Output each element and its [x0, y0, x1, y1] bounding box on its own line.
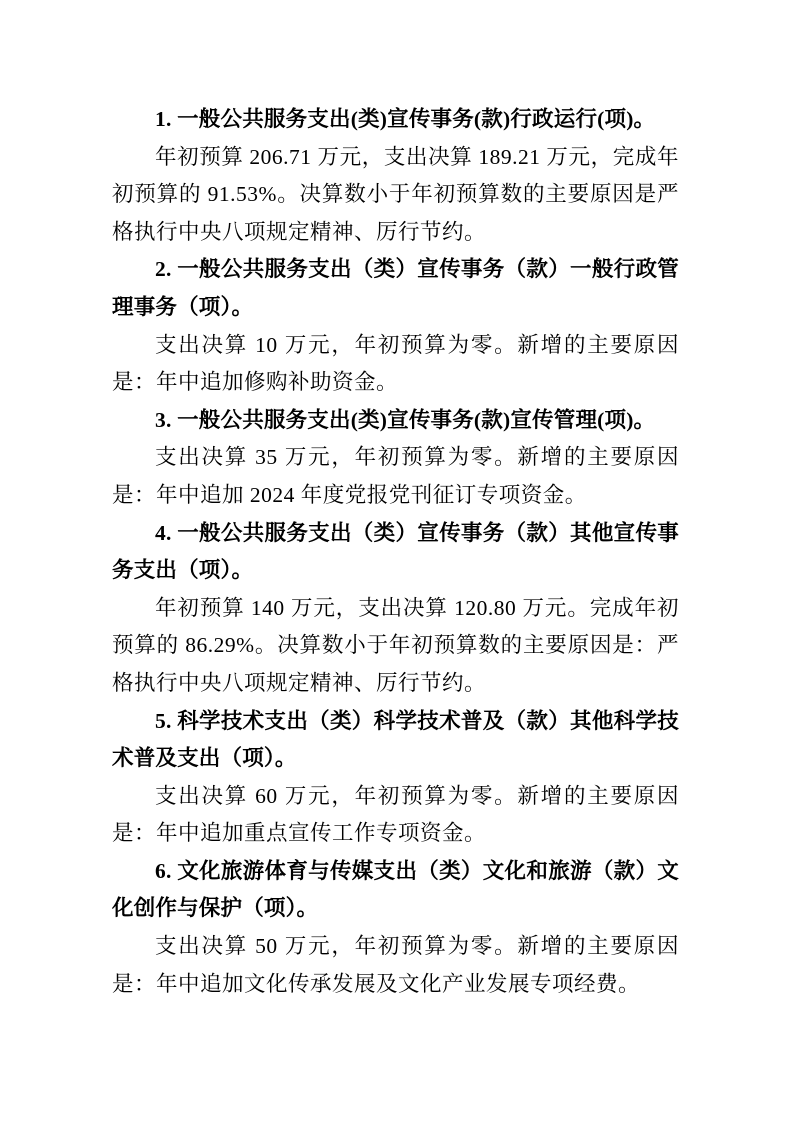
budget-item-section-4: 4. 一般公共服务支出（类）宣传事务（款）其他宣传事务支出（项）。 年初预算 1… [112, 515, 679, 703]
budget-item-section-3: 3. 一般公共服务支出(类)宣传事务(款)宣传管理(项)。 支出决算 35 万元… [112, 402, 679, 515]
section-1-paragraph: 年初预算 206.71 万元，支出决算 189.21 万元，完成年初预算的 91… [112, 139, 679, 252]
budget-item-section-2: 2. 一般公共服务支出（类）宣传事务（款）一般行政管理事务（项）。 支出决算 1… [112, 251, 679, 401]
budget-item-section-1: 1. 一般公共服务支出(类)宣传事务(款)行政运行(项)。 年初预算 206.7… [112, 101, 679, 251]
section-3-paragraph: 支出决算 35 万元，年初预算为零。新增的主要原因是：年中追加 2024 年度党… [112, 439, 679, 514]
section-2-heading: 2. 一般公共服务支出（类）宣传事务（款）一般行政管理事务（项）。 [112, 251, 679, 326]
section-1-heading: 1. 一般公共服务支出(类)宣传事务(款)行政运行(项)。 [112, 101, 679, 139]
section-3-heading: 3. 一般公共服务支出(类)宣传事务(款)宣传管理(项)。 [112, 402, 679, 440]
budget-item-section-5: 5. 科学技术支出（类）科学技术普及（款）其他科学技术普及支出（项）。 支出决算… [112, 703, 679, 853]
section-4-heading: 4. 一般公共服务支出（类）宣传事务（款）其他宣传事务支出（项）。 [112, 515, 679, 590]
section-6-paragraph: 支出决算 50 万元，年初预算为零。新增的主要原因是：年中追加文化传承发展及文化… [112, 928, 679, 1003]
document-page: 1. 一般公共服务支出(类)宣传事务(款)行政运行(项)。 年初预算 206.7… [0, 0, 793, 1122]
section-5-heading: 5. 科学技术支出（类）科学技术普及（款）其他科学技术普及支出（项）。 [112, 703, 679, 778]
budget-item-section-6: 6. 文化旅游体育与传媒支出（类）文化和旅游（款）文化创作与保护（项）。 支出决… [112, 853, 679, 1003]
section-4-paragraph: 年初预算 140 万元，支出决算 120.80 万元。完成年初预算的 86.29… [112, 590, 679, 703]
section-2-paragraph: 支出决算 10 万元，年初预算为零。新增的主要原因是：年中追加修购补助资金。 [112, 327, 679, 402]
section-5-paragraph: 支出决算 60 万元，年初预算为零。新增的主要原因是：年中追加重点宣传工作专项资… [112, 778, 679, 853]
section-6-heading: 6. 文化旅游体育与传媒支出（类）文化和旅游（款）文化创作与保护（项）。 [112, 853, 679, 928]
